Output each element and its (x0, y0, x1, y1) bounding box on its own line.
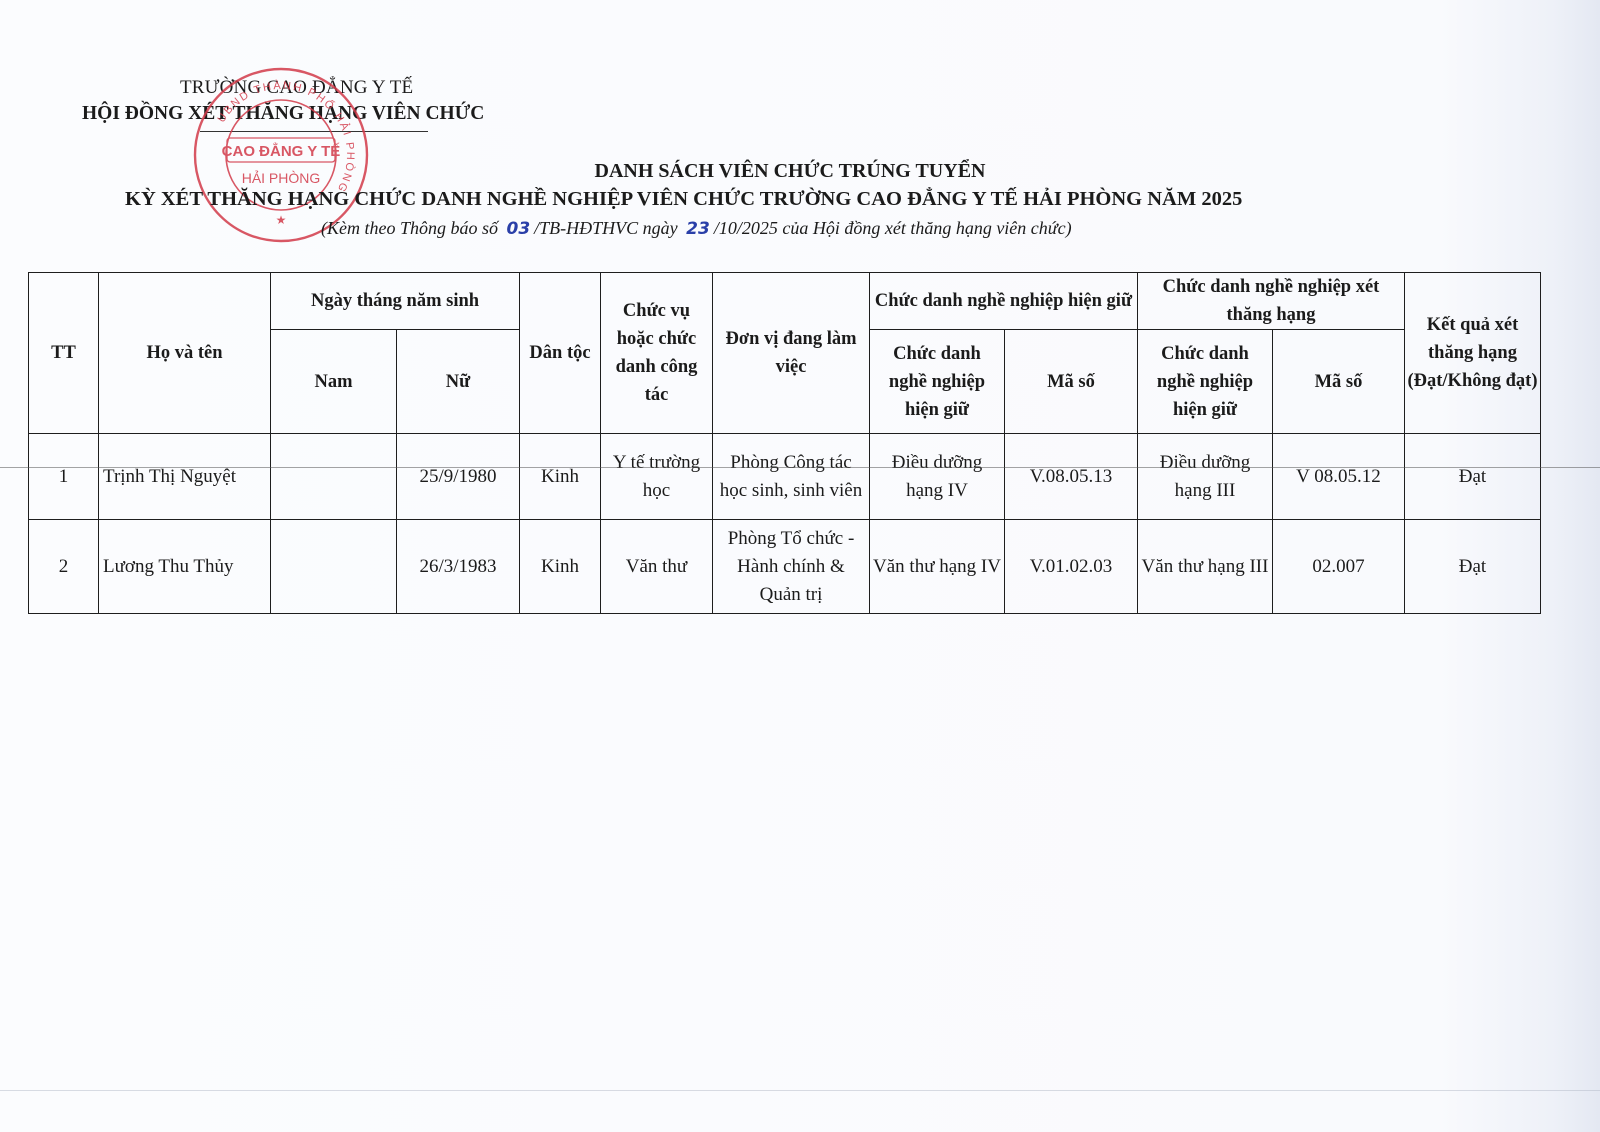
cell-unit: Phòng Tổ chức - Hành chính & Quản trị (713, 520, 870, 614)
cell-promotion-code: 02.007 (1273, 520, 1405, 614)
header-female: Nữ (397, 330, 520, 434)
document-title-text: DANH SÁCH VIÊN CHỨC TRÚNG TUYỂN (595, 160, 986, 182)
cell-promotion-title: Điều dưỡng hạng III (1138, 434, 1273, 520)
header-promotion-group: Chức danh nghề nghiệp xét thăng hạng (1138, 273, 1405, 330)
header-current-code: Mã số (1005, 330, 1138, 434)
header-promotion-title: Chức danh nghề nghiệp hiện giữ (1138, 330, 1273, 434)
candidate-table: TT Họ và tên Ngày tháng năm sinh Dân tộc… (28, 272, 1541, 614)
cell-female-dob: 26/3/1983 (397, 520, 520, 614)
notice-day: 23 (682, 219, 714, 239)
document-title: DANH SÁCH VIÊN CHỨC TRÚNG TUYỂN (0, 160, 1580, 183)
page-bottom-edge (0, 1090, 1600, 1091)
attachment-note-prefix: (Kèm theo Thông báo số (321, 218, 498, 238)
attachment-note-mid: /TB-HĐTHVC ngày (534, 218, 678, 238)
cell-promotion-code: V 08.05.12 (1273, 434, 1405, 520)
cell-position: Văn thư (601, 520, 713, 614)
cell-male-dob (271, 434, 397, 520)
cell-female-dob: 25/9/1980 (397, 434, 520, 520)
cell-current-title: Văn thư hạng IV (870, 520, 1005, 614)
header-underline (200, 131, 428, 132)
header-dob-group: Ngày tháng năm sinh (271, 273, 520, 330)
header-male: Nam (271, 330, 397, 434)
table-header-row: TT Họ và tên Ngày tháng năm sinh Dân tộc… (29, 273, 1541, 330)
cell-unit: Phòng Công tác học sinh, sinh viên (713, 434, 870, 520)
cell-tt: 1 (29, 434, 99, 520)
header-result: Kết quả xét thăng hạng (Đạt/Không đạt) (1405, 273, 1541, 434)
cell-result: Đạt (1405, 434, 1541, 520)
header-name: Họ và tên (99, 273, 271, 434)
attachment-note: (Kèm theo Thông báo số 03/TB-HĐTHVC ngày… (321, 218, 1072, 239)
cell-position: Y tế trường học (601, 434, 713, 520)
cell-current-title: Điều dưỡng hạng IV (870, 434, 1005, 520)
cell-ethnicity: Kinh (520, 520, 601, 614)
organization-name: TRƯỜNG CAO ĐẲNG Y TẾ (180, 77, 413, 99)
cell-result: Đạt (1405, 520, 1541, 614)
cell-male-dob (271, 520, 397, 614)
cell-ethnicity: Kinh (520, 434, 601, 520)
council-name: HỘI ĐỒNG XÉT THĂNG HẠNG VIÊN CHỨC (82, 103, 484, 125)
header-promotion-code: Mã số (1273, 330, 1405, 434)
scan-artifact-line (0, 467, 1600, 468)
header-position: Chức vụ hoặc chức danh công tác (601, 273, 713, 434)
cell-current-code: V.01.02.03 (1005, 520, 1138, 614)
header-current-title: Chức danh nghề nghiệp hiện giữ (870, 330, 1005, 434)
table-row: 2 Lương Thu Thủy 26/3/1983 Kinh Văn thư … (29, 520, 1541, 614)
cell-promotion-title: Văn thư hạng III (1138, 520, 1273, 614)
notice-number: 03 (503, 219, 535, 239)
svg-text:★: ★ (276, 213, 287, 227)
table-row: 1 Trịnh Thị Nguyệt 25/9/1980 Kinh Y tế t… (29, 434, 1541, 520)
header-tt: TT (29, 273, 99, 434)
header-current-group: Chức danh nghề nghiệp hiện giữ (870, 273, 1138, 330)
header-ethnicity: Dân tộc (520, 273, 601, 434)
attachment-note-suffix: /10/2025 của Hội đồng xét thăng hạng viê… (714, 218, 1072, 238)
header-unit: Đơn vị đang làm việc (713, 273, 870, 434)
cell-tt: 2 (29, 520, 99, 614)
cell-current-code: V.08.05.13 (1005, 434, 1138, 520)
cell-name: Lương Thu Thủy (99, 520, 271, 614)
cell-name: Trịnh Thị Nguyệt (99, 434, 271, 520)
stamp-inner-line1: CAO ĐẲNG Y TẾ (222, 142, 341, 160)
document-subtitle-title: KỲ XÉT THĂNG HẠNG CHỨC DANH NGHỀ NGHIỆP … (125, 188, 1242, 211)
